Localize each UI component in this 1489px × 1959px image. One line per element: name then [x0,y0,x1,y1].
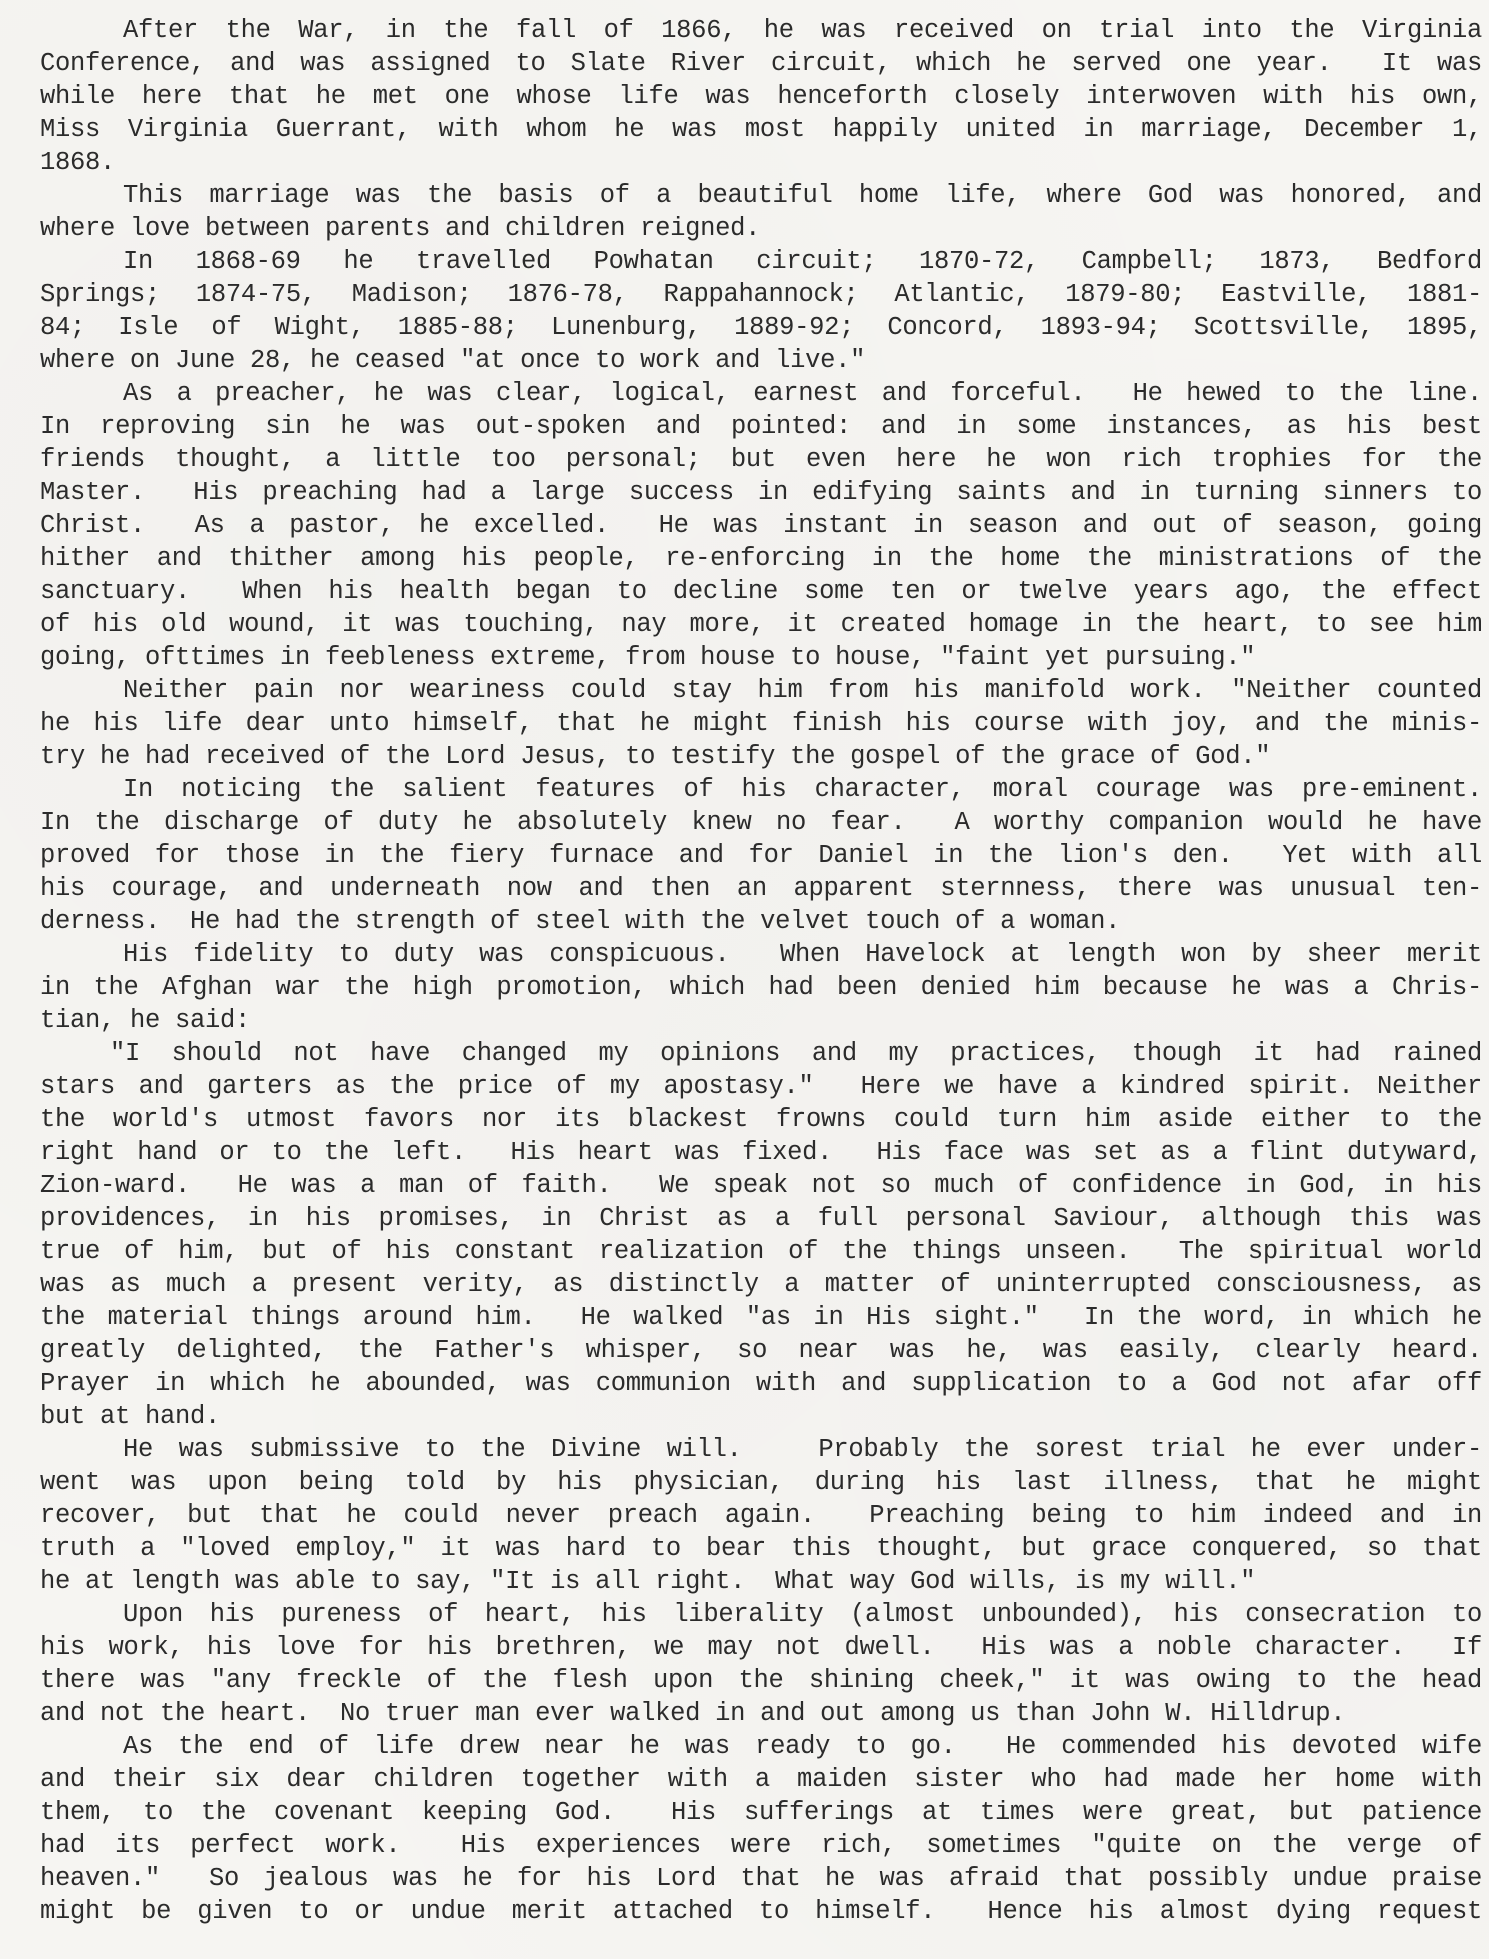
text-line: the material things around him. He walke… [40,1301,1482,1334]
text-line: while here that he met one whose life wa… [40,80,1482,113]
text-line: truth a "loved employ," it was hard to b… [40,1532,1482,1565]
text-line: proved for those in the fiery furnace an… [40,839,1482,872]
text-line: In the discharge of duty he absolutely k… [40,806,1482,839]
paragraph: He was submissive to the Divine will. Pr… [40,1433,1482,1598]
text-line: His fidelity to duty was conspicuous. Wh… [40,938,1482,971]
text-line: providences, in his promises, in Christ … [40,1202,1482,1235]
text-line: He was submissive to the Divine will. Pr… [40,1433,1482,1466]
text-line: friends thought, a little too personal; … [40,443,1482,476]
text-line: In noticing the salient features of his … [40,773,1482,806]
text-line: greatly delighted, the Father's whisper,… [40,1334,1482,1367]
text-line: derness. He had the strength of steel wi… [40,905,1482,938]
document-page: After the War, in the fall of 1866, he w… [40,14,1482,1928]
text-line: right hand or to the left. His heart was… [40,1136,1482,1169]
text-line: them, to the covenant keeping God. His s… [40,1796,1482,1829]
text-line: As the end of life drew near he was read… [40,1730,1482,1763]
text-line: In 1868-69 he travelled Powhatan circuit… [40,245,1482,278]
text-line: Master. His preaching had a large succes… [40,476,1482,509]
paragraph: In 1868-69 he travelled Powhatan circuit… [40,245,1482,377]
text-line: the world's utmost favors nor its blacke… [40,1103,1482,1136]
text-line: Upon his pureness of heart, his liberali… [40,1598,1482,1631]
text-line: Christ. As a pastor, he excelled. He was… [40,509,1482,542]
paragraph: As the end of life drew near he was read… [40,1730,1482,1928]
text-line: true of him, but of his constant realiza… [40,1235,1482,1268]
paragraph: Upon his pureness of heart, his liberali… [40,1598,1482,1730]
text-line: he his life dear unto himself, that he m… [40,707,1482,740]
text-line: Miss Virginia Guerrant, with whom he was… [40,113,1482,146]
text-line: hither and thither among his people, re-… [40,542,1482,575]
text-line: where love between parents and children … [40,212,1482,245]
paragraph: His fidelity to duty was conspicuous. Wh… [40,938,1482,1037]
paragraph: As a preacher, he was clear, logical, ea… [40,377,1482,674]
text-line: Conference, and was assigned to Slate Ri… [40,47,1482,80]
text-line: stars and garters as the price of my apo… [40,1070,1482,1103]
paragraph: In noticing the salient features of his … [40,773,1482,938]
text-line: Zion-ward. He was a man of faith. We spe… [40,1169,1482,1202]
text-line: going, ofttimes in feebleness extreme, f… [40,641,1482,674]
text-line: and their six dear children together wit… [40,1763,1482,1796]
text-line: tian, he said: [40,1004,1482,1037]
text-line: he at length was able to say, "It is all… [40,1565,1482,1598]
paragraph: This marriage was the basis of a beautif… [40,179,1482,245]
text-line: had its perfect work. His experiences we… [40,1829,1482,1862]
text-line: In reproving sin he was out-spoken and p… [40,410,1482,443]
text-line: his work, his love for his brethren, we … [40,1631,1482,1664]
text-line: of his old wound, it was touching, nay m… [40,608,1482,641]
text-line: and not the heart. No truer man ever wal… [40,1697,1482,1730]
text-line: As a preacher, he was clear, logical, ea… [40,377,1482,410]
text-line: Prayer in which he abounded, was communi… [40,1367,1482,1400]
text-line: went was upon being told by his physicia… [40,1466,1482,1499]
text-line: This marriage was the basis of a beautif… [40,179,1482,212]
text-line: recover, but that he could never preach … [40,1499,1482,1532]
text-line: try he had received of the Lord Jesus, t… [40,740,1482,773]
text-line: 1868. [40,146,1482,179]
text-line: Springs; 1874-75, Madison; 1876-78, Rapp… [40,278,1482,311]
text-line: in the Afghan war the high promotion, wh… [40,971,1482,1004]
text-line: Neither pain nor weariness could stay hi… [40,674,1482,707]
text-line: 84; Isle of Wight, 1885-88; Lunenburg, 1… [40,311,1482,344]
text-line: "I should not have changed my opinions a… [40,1037,1482,1070]
paragraph: After the War, in the fall of 1866, he w… [40,14,1482,179]
text-line: heaven." So jealous was he for his Lord … [40,1862,1482,1895]
text-line: After the War, in the fall of 1866, he w… [40,14,1482,47]
text-line: might be given to or undue merit attache… [40,1895,1482,1928]
text-line: where on June 28, he ceased "at once to … [40,344,1482,377]
text-line: there was "any freckle of the flesh upon… [40,1664,1482,1697]
text-line: his courage, and underneath now and then… [40,872,1482,905]
paragraph: Neither pain nor weariness could stay hi… [40,674,1482,773]
text-line: was as much a present verity, as distinc… [40,1268,1482,1301]
paragraph: "I should not have changed my opinions a… [40,1037,1482,1433]
text-line: sanctuary. When his health began to decl… [40,575,1482,608]
text-line: but at hand. [40,1400,1482,1433]
